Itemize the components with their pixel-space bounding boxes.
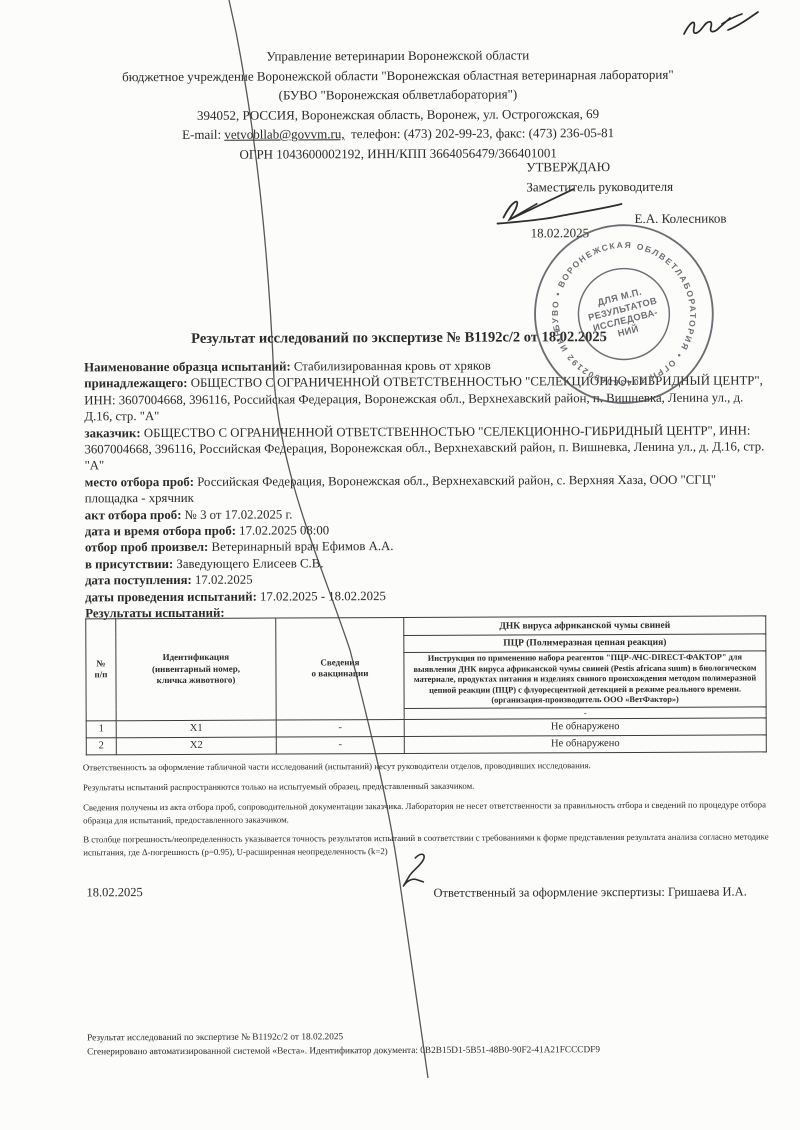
column-header-vaccination: Сведения о вакцинации <box>276 617 404 720</box>
row-result: Не обнаружено <box>404 735 766 754</box>
approve-label: УТВЕРЖДАЮ <box>526 156 786 177</box>
table-row: 2 Х2 - Не обнаружено <box>86 735 766 755</box>
row-result: Не обнаружено <box>404 718 766 737</box>
footer-generated-by: Сгенерировано автоматизированной системо… <box>87 1042 767 1059</box>
row-identification: Х2 <box>116 737 276 755</box>
approver-name: Е.А. Колесников <box>634 209 726 229</box>
column-header-identification: Идентификация (инвентарный номер, кличка… <box>116 618 276 721</box>
detail-customer: заказчик: ОБЩЕСТВО С ОГРАНИЧЕННОЙ ОТВЕТС… <box>84 422 768 474</box>
detail-sampling-place: место отбора проб: Российская Федерация,… <box>85 471 769 507</box>
detail-owner: принадлежащего: ОБЩЕСТВО С ОГРАНИЧЕННОЙ … <box>84 373 768 425</box>
note-sampling-info: Сведения получены из акта отбора проб, с… <box>83 798 773 827</box>
email-label: E-mail: <box>182 127 221 142</box>
email-value: vetvobllab@govvm.ru, <box>224 126 344 142</box>
column-header-analyte: ДНК вируса африканской чумы свиней <box>404 616 766 636</box>
responsible-signature-icon <box>393 852 433 894</box>
stamp-center-line1: ДЛЯ М.П. <box>596 287 642 308</box>
column-header-method: ПЦР (Полимеразная цепная реакция) <box>404 634 766 653</box>
note-responsibility: Ответственность за оформление табличной … <box>83 758 773 774</box>
scanned-document-page: Управление ветеринарии Воронежской облас… <box>0 0 800 1130</box>
phone-fax: телефон: (473) 202-99-23, факс: (473) 23… <box>351 125 614 141</box>
results-table: № п/п Идентификация (инвентарный номер, … <box>85 615 767 755</box>
row-number: 2 <box>86 738 116 755</box>
org-name-line2: бюджетное учреждение Воронежской области… <box>58 64 738 86</box>
column-header-instruction: Инструкция по применению набора реагенто… <box>404 651 766 709</box>
row-vaccination: - <box>276 719 404 737</box>
document-title: Результат исследований по экспертизе № В… <box>59 329 739 349</box>
column-header-number: № п/п <box>86 619 116 721</box>
row-vaccination: - <box>276 736 404 754</box>
row-number: 1 <box>86 721 116 738</box>
note-scope: Результаты испытаний распространяются то… <box>83 778 773 794</box>
row-identification: Х1 <box>116 720 276 738</box>
handwritten-mark-icon <box>678 6 778 48</box>
sample-details: Наименование образца испытаний: Стабилиз… <box>84 356 769 621</box>
document-footer: Результат исследований по экспертизе № В… <box>87 1028 767 1059</box>
stamp-center-line2: РЕЗУЛЬТАТОВ <box>587 296 658 323</box>
signoff-responsible: Ответственный за оформление экспертизы: … <box>433 884 746 900</box>
signoff-date: 18.02.2025 <box>86 885 142 900</box>
letterhead: Управление ветеринарии Воронежской облас… <box>58 45 739 165</box>
disclaimer-notes: Ответственность за оформление табличной … <box>83 758 773 865</box>
approver-signature-icon <box>493 183 643 232</box>
